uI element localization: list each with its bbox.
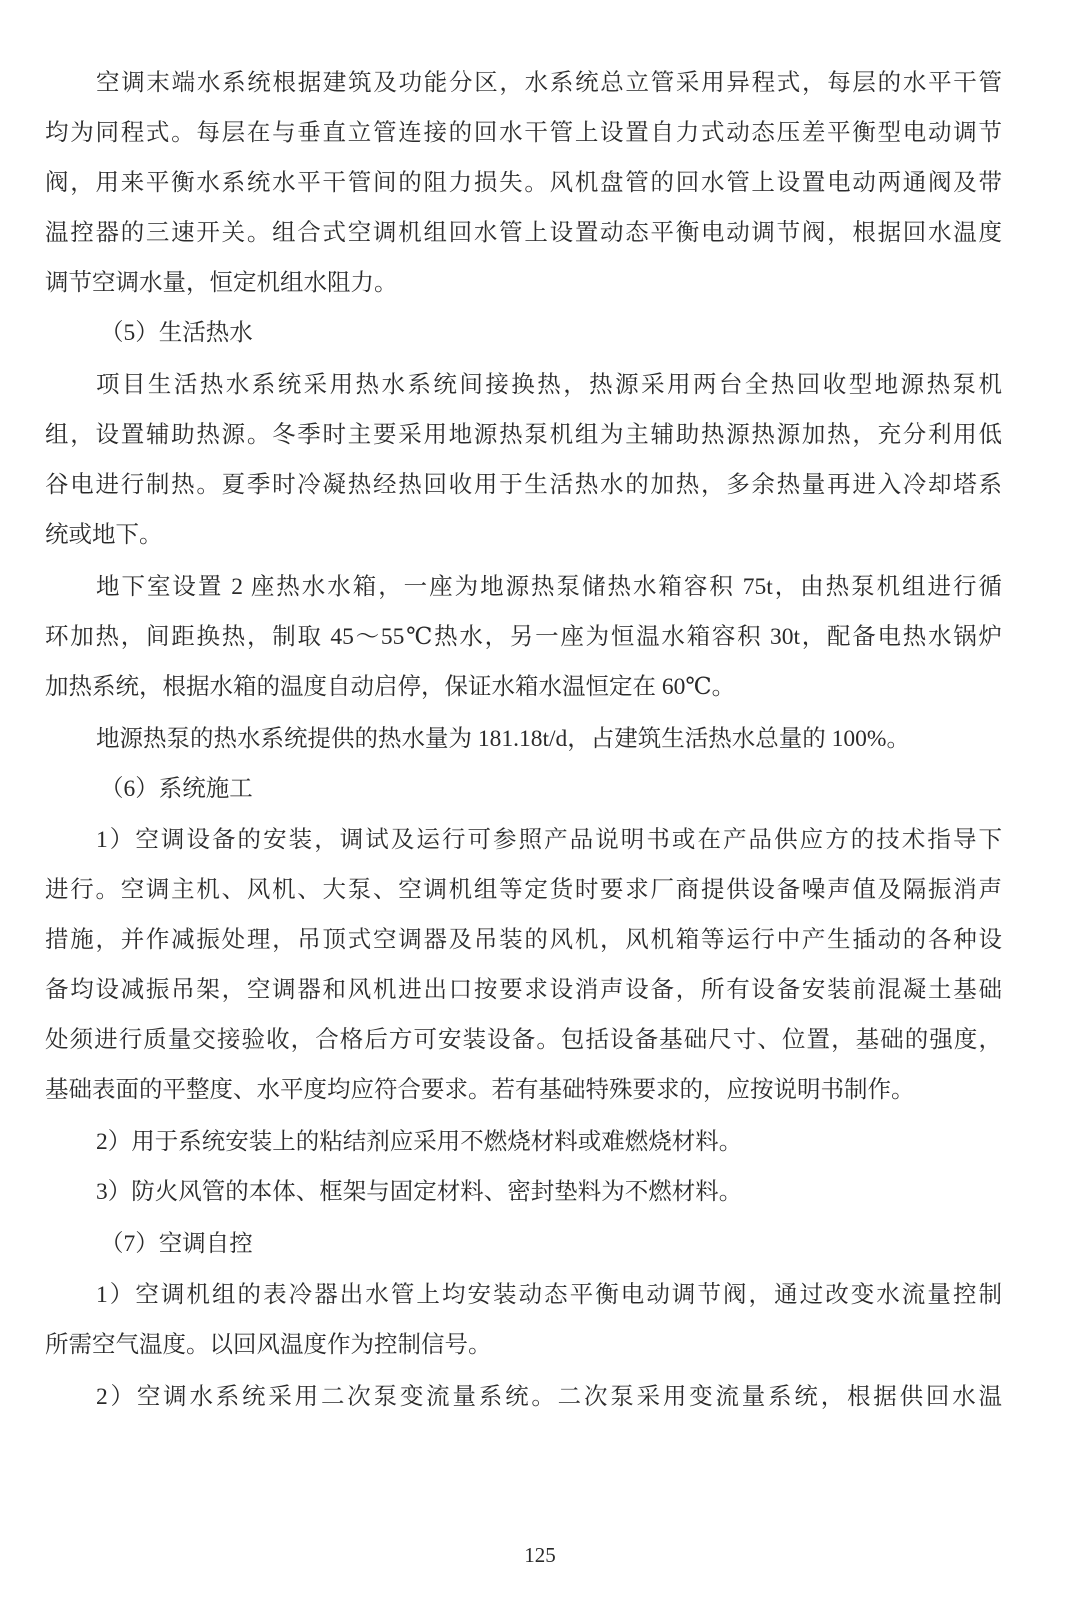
paragraph-line: 项目生活热水系统采用热水系统间接换热，热源采用两台全热回收型地源热泵机	[96, 368, 1002, 402]
paragraph-line: 谷电进行制热。夏季时冷凝热经热回收用于生活热水的加热，多余热量再进入冷却塔系	[45, 468, 1002, 502]
paragraph-line: 组，设置辅助热源。冬季时主要采用地源热泵机组为主辅助热源热源加热，充分利用低	[45, 418, 1002, 452]
paragraph-line: 措施，并作减振处理，吊顶式空调器及吊装的风机，风机箱等运行中产生插动的各种设	[45, 923, 1002, 957]
paragraph-line: 3）防火风管的本体、框架与固定材料、密封垫料为不燃材料。	[96, 1175, 1002, 1209]
paragraph-line: 调节空调水量，恒定机组水阻力。	[45, 266, 1002, 300]
paragraph-line: 温控器的三速开关。组合式空调机组回水管上设置动态平衡电动调节阀，根据回水温度	[45, 216, 1002, 250]
paragraph-line: 加热系统，根据水箱的温度自动启停，保证水箱水温恒定在 60℃。	[45, 670, 1002, 704]
paragraph-line: 阀，用来平衡水系统水平干管间的阻力损失。风机盘管的回水管上设置电动两通阀及带	[45, 166, 1002, 200]
section-heading-7: （7）空调自控	[100, 1227, 253, 1261]
paragraph-line: 1）空调机组的表冷器出水管上均安装动态平衡电动调节阀，通过改变水流量控制	[96, 1278, 1002, 1312]
paragraph-line: 所需空气温度。以回风温度作为控制信号。	[45, 1328, 1002, 1362]
paragraph-line: 地下室设置 2 座热水水箱，一座为地源热泵储热水箱容积 75t，由热泵机组进行循	[96, 570, 1002, 604]
paragraph-line: 统或地下。	[45, 518, 1002, 552]
paragraph-line: 环加热，间距换热，制取 45～55℃热水，另一座为恒温水箱容积 30t，配备电热…	[45, 620, 1002, 654]
paragraph-line: 地源热泵的热水系统提供的热水量为 181.18t/d，占建筑生活热水总量的 10…	[96, 722, 1002, 756]
page-number: 125	[0, 1540, 1080, 1570]
paragraph-line: 空调末端水系统根据建筑及功能分区，水系统总立管采用异程式，每层的水平干管	[96, 66, 1002, 100]
paragraph-line: 处须进行质量交接验收，合格后方可安装设备。包括设备基础尺寸、位置，基础的强度，	[45, 1023, 1002, 1057]
paragraph-line: 备均设减振吊架，空调器和风机进出口按要求设消声设备，所有设备安装前混凝土基础	[45, 973, 1002, 1007]
paragraph-line: 均为同程式。每层在与垂直立管连接的回水干管上设置自力式动态压差平衡型电动调节	[45, 116, 1002, 150]
paragraph-line: 1）空调设备的安装，调试及运行可参照产品说明书或在产品供应方的技术指导下	[96, 823, 1002, 857]
paragraph-line: 基础表面的平整度、水平度均应符合要求。若有基础特殊要求的，应按说明书制作。	[45, 1073, 1002, 1107]
paragraph-line: 2）空调水系统采用二次泵变流量系统。二次泵采用变流量系统，根据供回水温	[96, 1380, 1002, 1414]
section-heading-5: （5）生活热水	[100, 316, 253, 350]
section-heading-6: （6）系统施工	[100, 772, 253, 806]
paragraph-line: 进行。空调主机、风机、大泵、空调机组等定货时要求厂商提供设备噪声值及隔振消声	[45, 873, 1002, 907]
paragraph-line: 2）用于系统安装上的粘结剂应采用不燃烧材料或难燃烧材料。	[96, 1125, 1002, 1159]
document-page: 空调末端水系统根据建筑及功能分区，水系统总立管采用异程式，每层的水平干管 均为同…	[0, 0, 1080, 1623]
